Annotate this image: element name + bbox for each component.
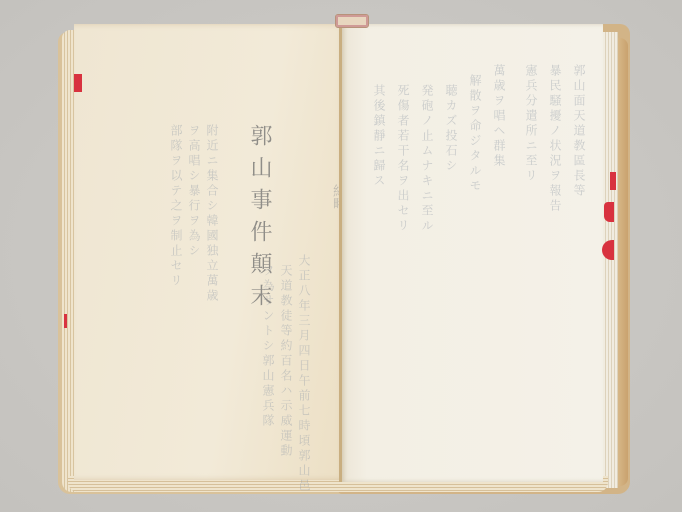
red-tab-marker xyxy=(64,314,67,328)
binding-clip xyxy=(335,14,369,28)
text-column: 発砲ノ止ムナキニ至ル xyxy=(419,84,436,234)
red-tab-marker xyxy=(610,172,616,190)
text-column: 暴民騒擾ノ状況ヲ報告 xyxy=(547,64,564,214)
text-column: 郭山面天道教區長等 xyxy=(571,64,588,199)
book-gutter xyxy=(339,24,342,482)
text-column: 聴カズ投石シ xyxy=(443,84,460,174)
right-page: 郭山面天道教區長等 暴民騒擾ノ状況ヲ報告 憲兵分遣所ニ至リ 萬歳ヲ唱ヘ群集 解散… xyxy=(341,24,603,482)
red-tab-marker xyxy=(604,202,614,222)
red-tab-marker xyxy=(74,74,82,92)
bleed-text-column: 大正八年三月四日午前七時頃郭山邑 xyxy=(296,254,313,494)
bleed-text-column: ヲ高唱シ暴行ヲ為シ xyxy=(186,124,203,259)
bleed-text-column: 附近ニ集合シ韓國独立萬歳 xyxy=(204,124,221,304)
bleed-text-column: 部隊ヲ以テ之ヲ制止セリ xyxy=(168,124,185,289)
text-column: 死傷者若干名ヲ出セリ xyxy=(395,84,412,234)
text-column: 憲兵分遣所ニ至リ xyxy=(523,64,540,184)
left-page: 紀略 大正八年三月四日午前七時頃郭山邑 天道教徒等約百名ハ示威運動 ヲ為サントシ… xyxy=(74,24,346,480)
text-column: 解散ヲ命ジタルモ xyxy=(467,74,484,194)
text-column: 萬歳ヲ唱ヘ群集 xyxy=(491,64,508,169)
text-column: 其後鎮靜ニ歸ス xyxy=(371,84,388,189)
document-title: 郭山事件顛末 xyxy=(244,124,275,316)
bleed-text-column: 天道教徒等約百名ハ示威運動 xyxy=(278,264,295,459)
open-book: 紀略 大正八年三月四日午前七時頃郭山邑 天道教徒等約百名ハ示威運動 ヲ為サントシ… xyxy=(58,18,630,496)
